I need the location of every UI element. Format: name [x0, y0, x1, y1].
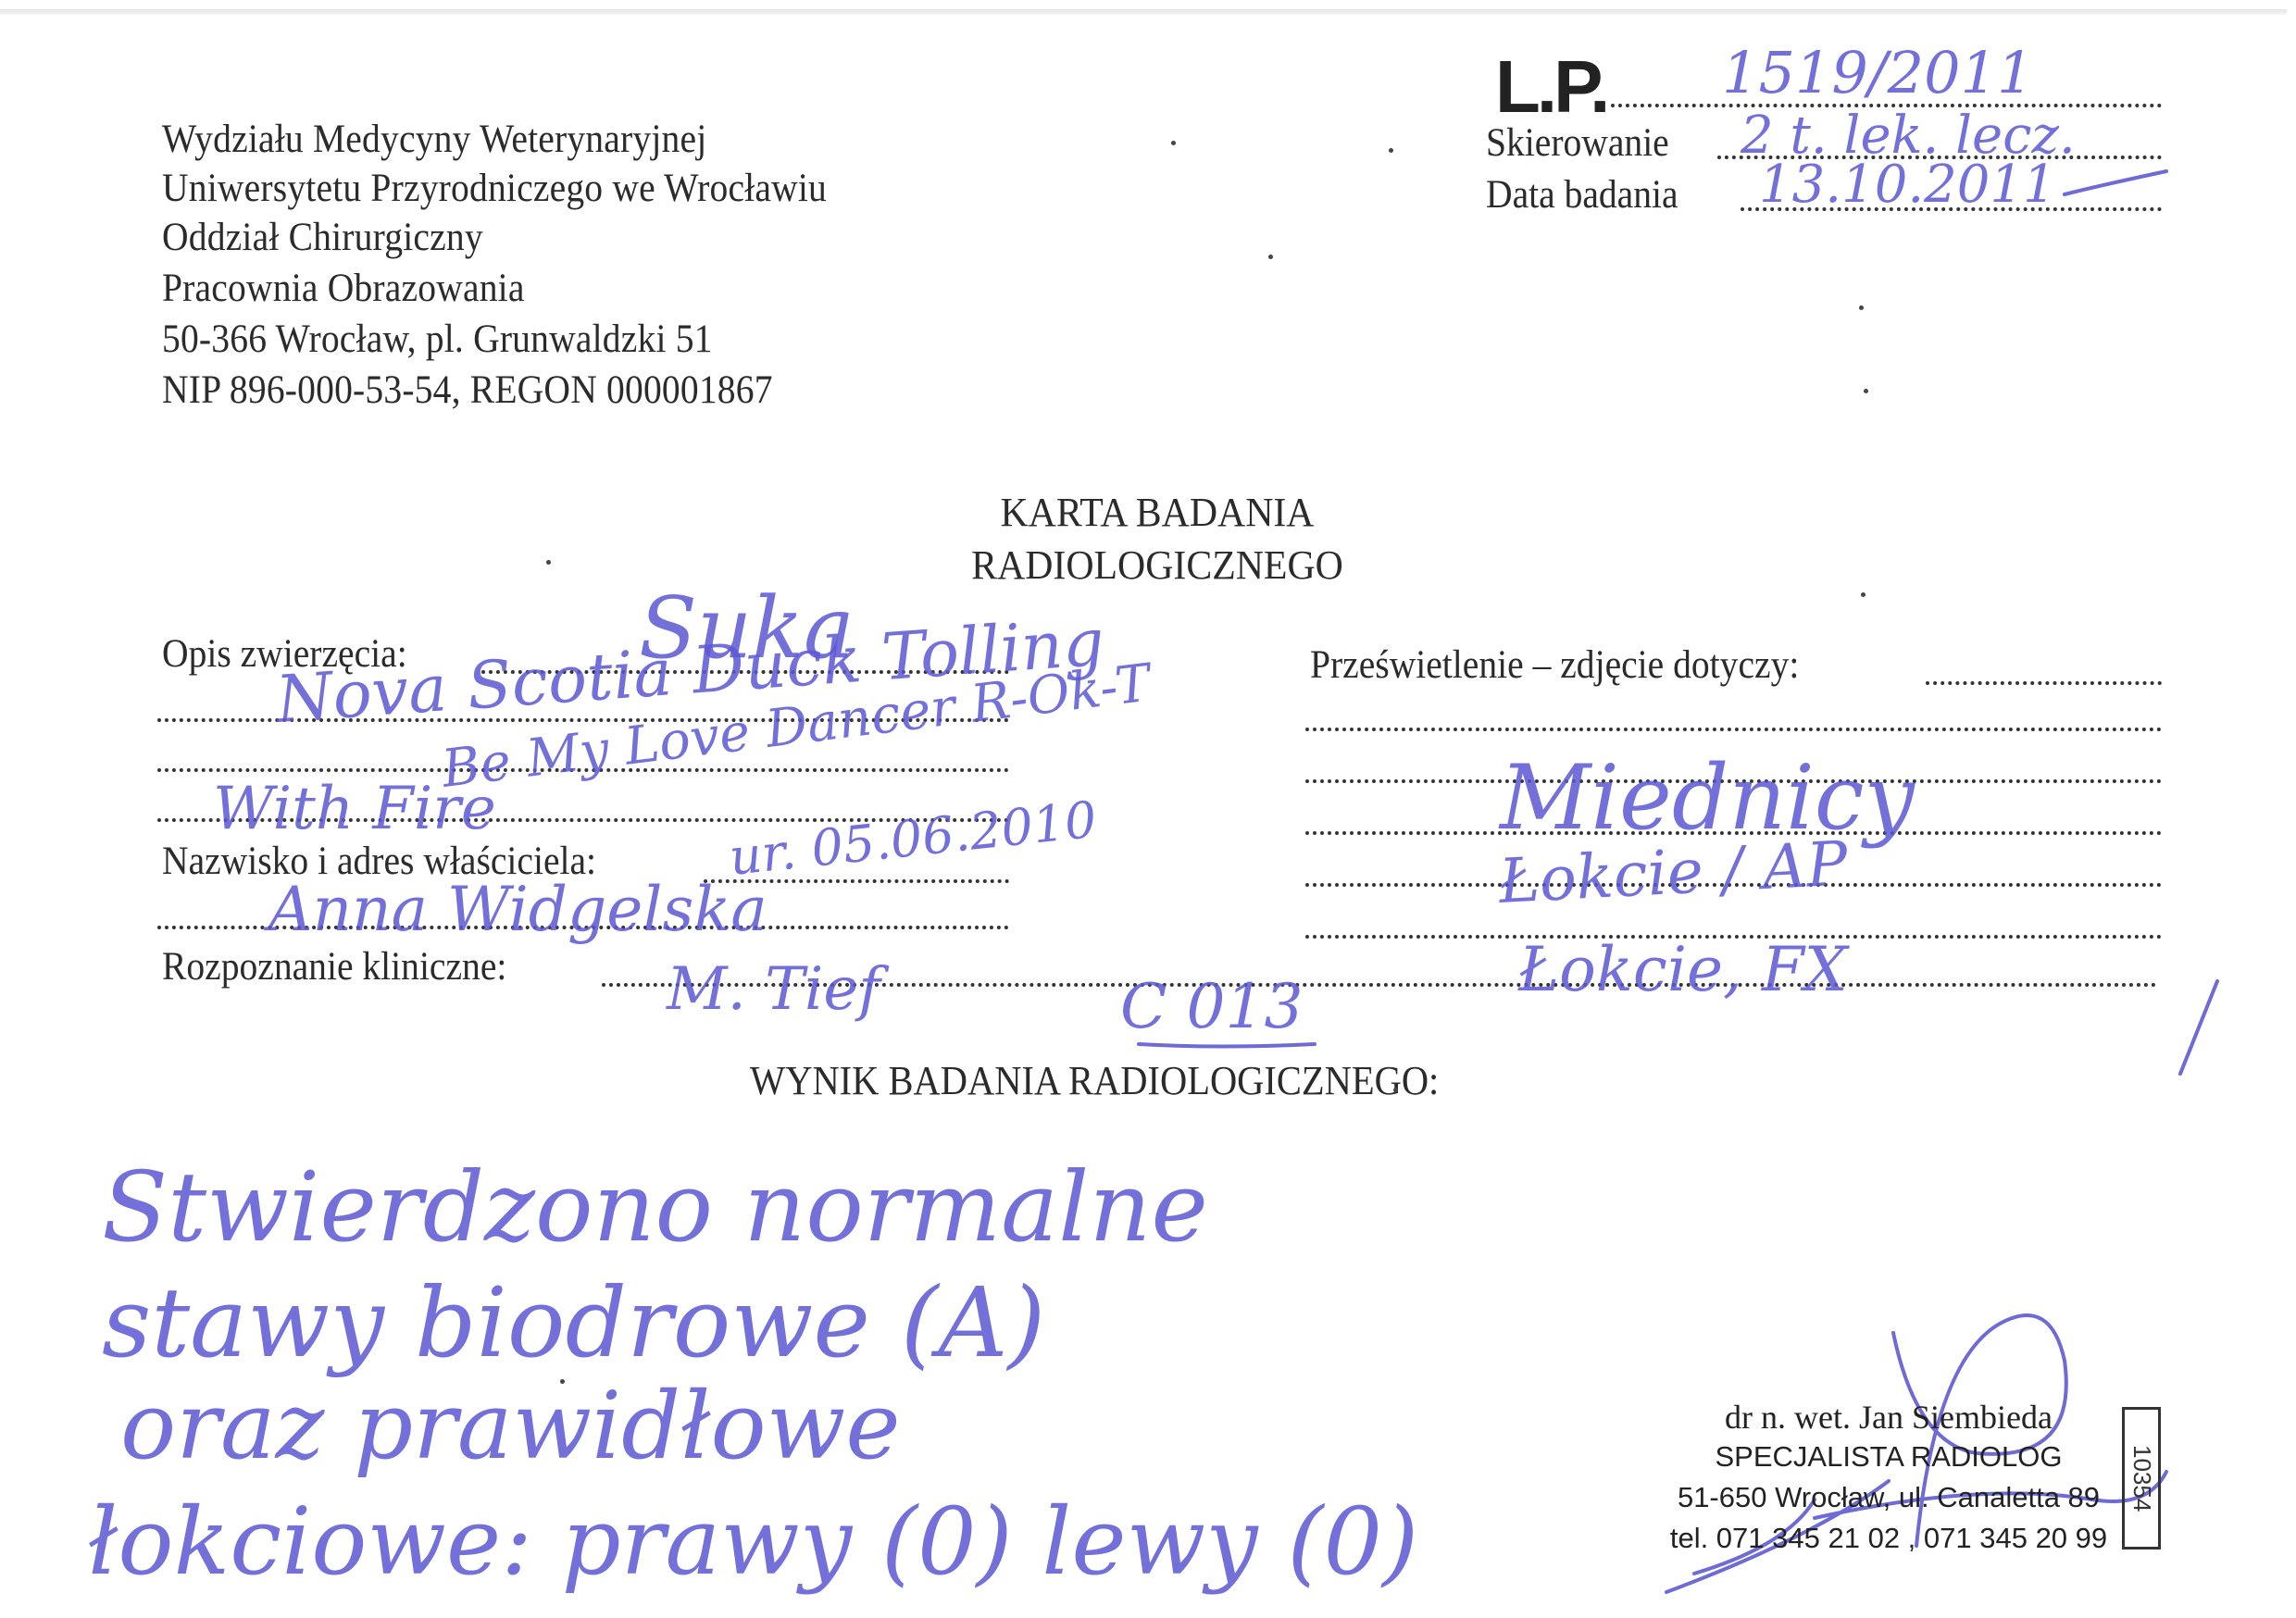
rozpoznanie-value-line1: M. Tief	[666, 955, 890, 1024]
stamp-phone: tel. 071 345 21 02 , 071 345 20 99	[1648, 1522, 2129, 1555]
owner-value-line2: Anna Widgelska	[263, 874, 767, 945]
scan-speck	[1859, 305, 1864, 310]
scan-speck	[1389, 148, 1393, 153]
underline-stroke	[1139, 1044, 1315, 1047]
scan-speck	[1268, 255, 1273, 259]
data-badania-value: 13.10.2011	[1759, 155, 2056, 215]
result-line3: oraz prawidłowe	[120, 1372, 901, 1480]
stamp-name: dr n. wet. Jan Siembieda	[1648, 1398, 2129, 1437]
scan-speck	[1171, 141, 1176, 145]
result-line2: stawy biodrowe (A)	[102, 1266, 1045, 1379]
scan-speck	[1864, 389, 1868, 393]
stamp-address: 51-650 Wrocław, ul. Canaletta 89	[1648, 1481, 2129, 1514]
owner-value-line1: ur. 05.06.2010	[727, 790, 1100, 887]
scan-speck	[1393, 1088, 1398, 1092]
scan-speck	[560, 1379, 565, 1384]
przeswietlenie-value-line1: Miednicy	[1498, 746, 1916, 850]
stamp-number: 10354	[2122, 1407, 2161, 1550]
slash-stroke	[2180, 981, 2217, 1074]
lp-value: 1519/2011	[1722, 39, 2033, 106]
doctor-stamp: dr n. wet. Jan Siembieda SPECJALISTA RAD…	[1648, 1398, 2129, 1555]
result-line1: Stwierdzono normalne	[102, 1151, 1208, 1263]
scan-speck	[546, 560, 551, 565]
opis-value-line4: With Fire	[213, 775, 496, 843]
handwriting-layer: 1519/2011 2 t. lek. lecz. 13.10.2011 Suk…	[0, 0, 2296, 1618]
stamp-title: SPECJALISTA RADIOLOG	[1648, 1440, 2129, 1474]
result-line4: łokciowe: prawy (0) lewy (0)	[88, 1487, 1418, 1596]
rozpoznanie-value-line2: C 013	[1120, 971, 1303, 1042]
scan-speck	[1861, 592, 1865, 597]
pen-stroke	[2065, 171, 2166, 194]
przeswietlenie-value-line3: Łokcie, FX	[1517, 934, 1851, 1005]
